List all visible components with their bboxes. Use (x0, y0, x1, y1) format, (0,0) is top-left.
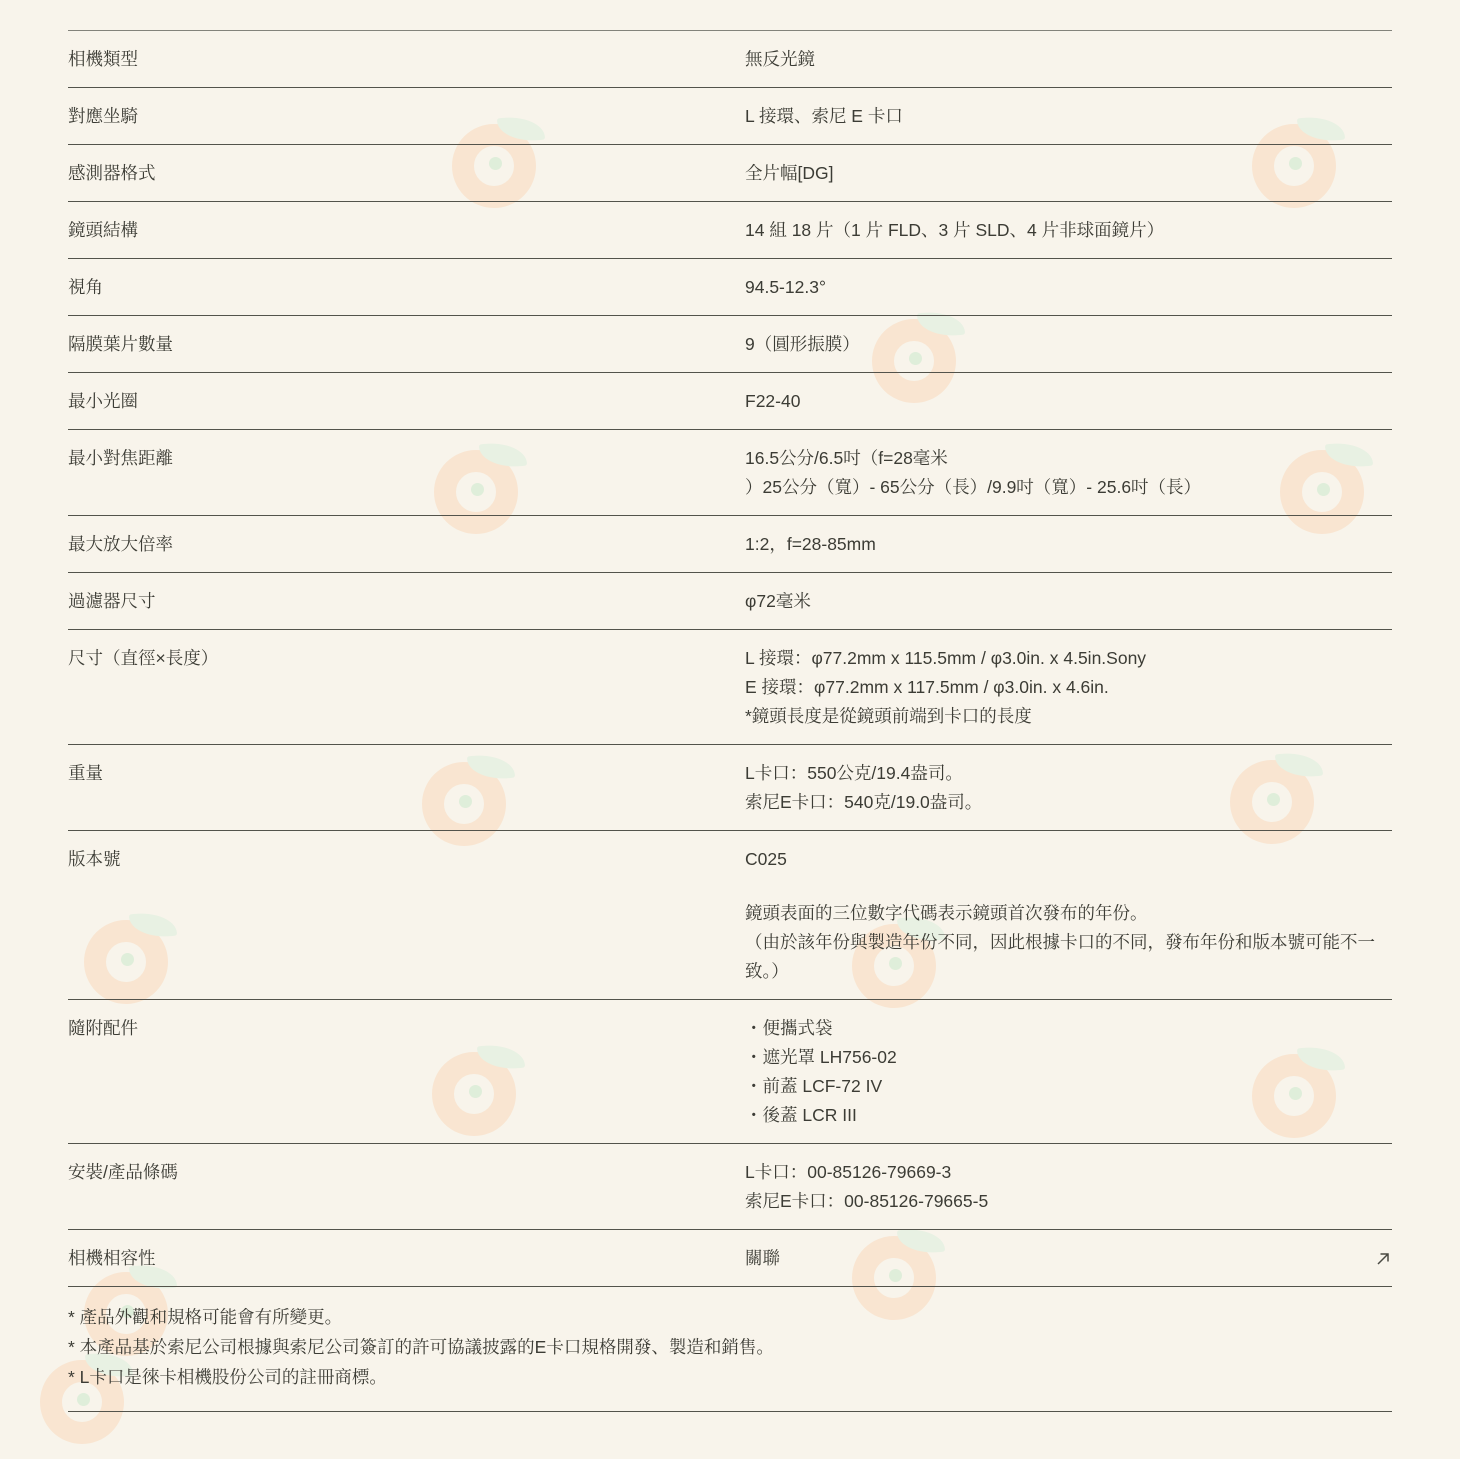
spec-value: φ72毫米 (745, 587, 1392, 616)
spec-value-line: 全片幅[DG] (745, 159, 1392, 188)
spec-row: 鏡頭結構14 組 18 片（1 片 FLD、3 片 SLD、4 片非球面鏡片） (68, 202, 1392, 259)
spec-value-line: 無反光鏡 (745, 45, 1392, 74)
spec-row: 相機類型無反光鏡 (68, 31, 1392, 88)
spec-value-line: 9（圓形振膜） (745, 330, 1392, 359)
spec-row: 對應坐騎L 接環、索尼 E 卡口 (68, 88, 1392, 145)
spec-value-line: F22-40 (745, 387, 1392, 416)
spec-row: 重量L卡口：550公克/19.4盎司。索尼E卡口：540克/19.0盎司。 (68, 745, 1392, 831)
compatibility-link[interactable]: 關聯 (745, 1248, 780, 1268)
spec-value-line: 14 組 18 片（1 片 FLD、3 片 SLD、4 片非球面鏡片） (745, 216, 1392, 245)
spec-value: 14 組 18 片（1 片 FLD、3 片 SLD、4 片非球面鏡片） (745, 216, 1392, 245)
spec-label: 安裝/產品條碼 (68, 1158, 745, 1187)
spec-row: 安裝/產品條碼L卡口：00-85126-79669-3索尼E卡口：00-8512… (68, 1144, 1392, 1230)
spec-label: 對應坐騎 (68, 102, 745, 131)
spec-label: 最大放大倍率 (68, 530, 745, 559)
spec-label: 鏡頭結構 (68, 216, 745, 245)
spec-label: 隨附配件 (68, 1014, 745, 1043)
spec-label: 最小光圈 (68, 387, 745, 416)
spec-value: L 接環、索尼 E 卡口 (745, 102, 1392, 131)
spec-row: 過濾器尺寸φ72毫米 (68, 573, 1392, 630)
spec-note: 鏡頭表面的三位數字代碼表示鏡頭首次發布的年份。（由於該年份與製造年份不同，因此根… (745, 899, 1392, 986)
spec-row: 隔膜葉片數量9（圓形振膜） (68, 316, 1392, 373)
spec-row: 最小對焦距離16.5公分/6.5吋（f=28毫米）25公分（寬）- 65公分（長… (68, 430, 1392, 516)
footnote-line: * 本產品基於索尼公司根據與索尼公司簽訂的許可協議披露的E卡口規格開發、製造和銷… (68, 1332, 1392, 1362)
spec-value: L卡口：550公克/19.4盎司。索尼E卡口：540克/19.0盎司。 (745, 759, 1392, 817)
camera-compatibility-row[interactable]: 相機相容性 關聯 (68, 1230, 1392, 1287)
spec-value: C025鏡頭表面的三位數字代碼表示鏡頭首次發布的年份。（由於該年份與製造年份不同… (745, 845, 1392, 986)
spec-note-line: （由於該年份與製造年份不同，因此根據卡口的不同，發布年份和版本號可能不一致。） (745, 928, 1392, 986)
spec-value: 1:2，f=28-85mm (745, 530, 1392, 559)
spec-label: 相機類型 (68, 45, 745, 74)
spec-value-line: *鏡頭長度是從鏡頭前端到卡口的長度 (745, 702, 1392, 731)
spec-label: 重量 (68, 759, 745, 788)
spec-value-line: L卡口：550公克/19.4盎司。 (745, 759, 1392, 788)
spec-value-line: ・便攜式袋 (745, 1014, 1392, 1043)
spec-label: 相機相容性 (68, 1244, 745, 1273)
spec-value: F22-40 (745, 387, 1392, 416)
spec-value: 無反光鏡 (745, 45, 1392, 74)
spec-label: 隔膜葉片數量 (68, 330, 745, 359)
spec-value-line: 94.5-12.3° (745, 273, 1392, 302)
spec-label: 版本號 (68, 845, 745, 874)
spec-value-line: 16.5公分/6.5吋（f=28毫米 (745, 444, 1392, 473)
spec-label: 最小對焦距離 (68, 444, 745, 473)
spec-value-line: 1:2，f=28-85mm (745, 530, 1392, 559)
spec-row: 視角94.5-12.3° (68, 259, 1392, 316)
spec-value-line: L卡口：00-85126-79669-3 (745, 1158, 1392, 1187)
spec-row: 版本號C025鏡頭表面的三位數字代碼表示鏡頭首次發布的年份。（由於該年份與製造年… (68, 831, 1392, 1000)
spec-value-line: E 接環：φ77.2mm x 117.5mm / φ3.0in. x 4.6in… (745, 673, 1392, 702)
spec-value-line: ）25公分（寬）- 65公分（長）/9.9吋（寬）- 25.6吋（長） (745, 473, 1392, 502)
spec-note-line: 鏡頭表面的三位數字代碼表示鏡頭首次發布的年份。 (745, 899, 1392, 928)
spec-value-line: 索尼E卡口：00-85126-79665-5 (745, 1187, 1392, 1216)
spec-value: 9（圓形振膜） (745, 330, 1392, 359)
spec-value: 16.5公分/6.5吋（f=28毫米）25公分（寬）- 65公分（長）/9.9吋… (745, 444, 1392, 502)
spec-row: 感測器格式全片幅[DG] (68, 145, 1392, 202)
spec-value-line: L 接環、索尼 E 卡口 (745, 102, 1392, 131)
spec-table: 相機類型無反光鏡對應坐騎L 接環、索尼 E 卡口感測器格式全片幅[DG]鏡頭結構… (68, 30, 1392, 1230)
spec-row: 尺寸（直徑×長度）L 接環：φ77.2mm x 115.5mm / φ3.0in… (68, 630, 1392, 745)
spec-label: 視角 (68, 273, 745, 302)
spec-label: 感測器格式 (68, 159, 745, 188)
spec-value-line: ・遮光罩 LH756-02 (745, 1043, 1392, 1072)
footnotes: * 產品外觀和規格可能會有所變更。* 本產品基於索尼公司根據與索尼公司簽訂的許可… (68, 1287, 1392, 1412)
spec-value: 94.5-12.3° (745, 273, 1392, 302)
footnote-line: * 產品外觀和規格可能會有所變更。 (68, 1302, 1392, 1332)
spec-row: 最大放大倍率1:2，f=28-85mm (68, 516, 1392, 573)
spec-value: L卡口：00-85126-79669-3索尼E卡口：00-85126-79665… (745, 1158, 1392, 1216)
spec-value-line: ・後蓋 LCR III (745, 1101, 1392, 1130)
spec-row: 最小光圈F22-40 (68, 373, 1392, 430)
spec-label: 過濾器尺寸 (68, 587, 745, 616)
spec-row: 隨附配件・便攜式袋・遮光罩 LH756-02・前蓋 LCF-72 IV・後蓋 L… (68, 1000, 1392, 1144)
spec-value: L 接環：φ77.2mm x 115.5mm / φ3.0in. x 4.5in… (745, 644, 1392, 731)
spec-value-line: 索尼E卡口：540克/19.0盎司。 (745, 788, 1392, 817)
footnote-line: * L卡口是徠卡相機股份公司的註冊商標。 (68, 1362, 1392, 1392)
arrow-up-right-icon[interactable] (1374, 1250, 1392, 1268)
spec-value-line: ・前蓋 LCF-72 IV (745, 1072, 1392, 1101)
spec-value-line: φ72毫米 (745, 587, 1392, 616)
spec-page: 相機類型無反光鏡對應坐騎L 接環、索尼 E 卡口感測器格式全片幅[DG]鏡頭結構… (68, 30, 1392, 1412)
spec-label: 尺寸（直徑×長度） (68, 644, 745, 673)
spec-value: 全片幅[DG] (745, 159, 1392, 188)
spec-value: ・便攜式袋・遮光罩 LH756-02・前蓋 LCF-72 IV・後蓋 LCR I… (745, 1014, 1392, 1130)
spec-value-line: C025 (745, 845, 1392, 874)
spec-value-line: L 接環：φ77.2mm x 115.5mm / φ3.0in. x 4.5in… (745, 644, 1392, 673)
